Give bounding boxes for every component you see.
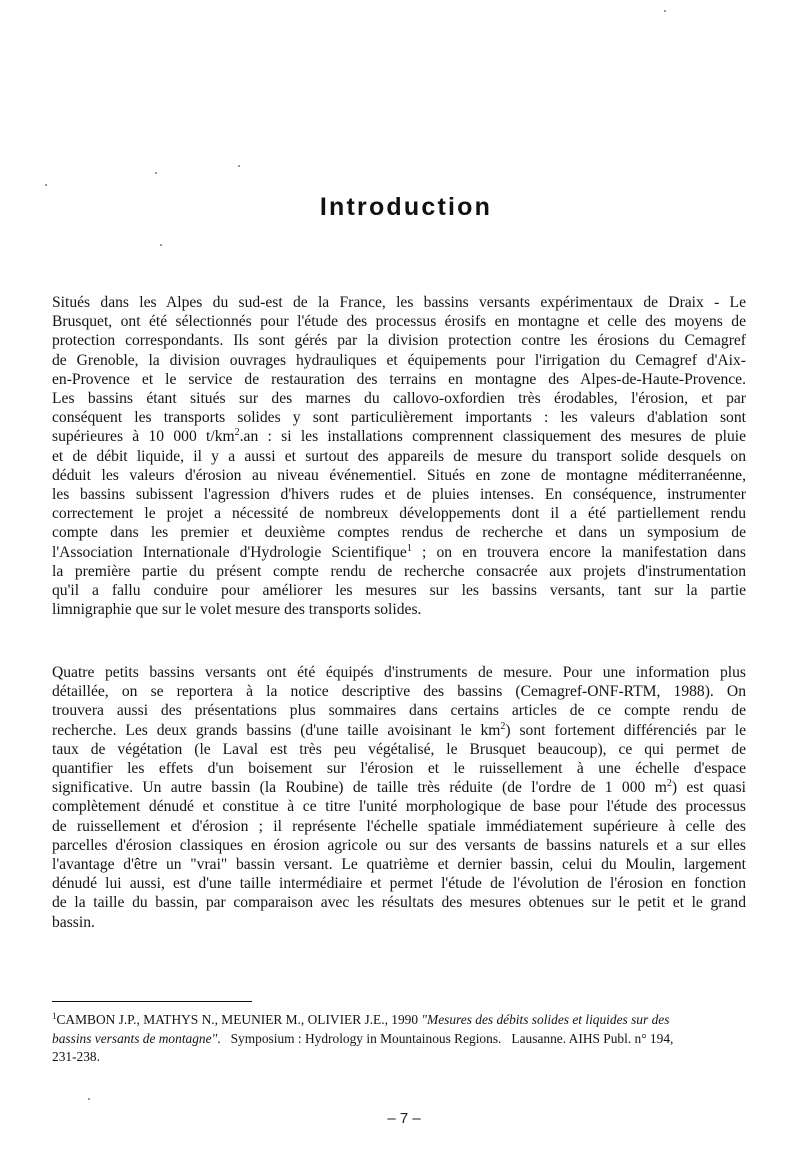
document-page: Introduction Situés dans les Alpes du su… <box>0 0 800 1165</box>
paragraph-2: Quatre petits bassins versants ont été é… <box>52 663 746 932</box>
text-line: complètement dénudé et constitue à ce ti… <box>52 797 746 816</box>
text-line: l'avantage d'être un "vrai" bassin versa… <box>52 855 746 874</box>
scan-speck <box>160 244 162 246</box>
scan-speck <box>664 10 666 12</box>
text-line: détaillée, on se reportera à la notice d… <box>52 682 746 701</box>
text-line: Brusquet, ont été sélectionnés pour l'ét… <box>52 312 746 331</box>
scan-speck <box>45 184 47 186</box>
scan-speck <box>155 172 157 174</box>
text-line: bassin. <box>52 913 746 932</box>
text-line: quantifier les effets d'un boisement sur… <box>52 759 746 778</box>
text-line: Situés dans les Alpes du sud-est de la F… <box>52 293 746 312</box>
text-line: protection correspondants. Ils sont géré… <box>52 331 746 350</box>
paragraph-1: Situés dans les Alpes du sud-est de la F… <box>52 293 746 619</box>
text-line: déduit les valeurs d'érosion au niveau é… <box>52 466 746 485</box>
text-line: conséquent les transports solides y sont… <box>52 408 746 427</box>
text-line: qu'il a fallu conduire pour améliorer le… <box>52 581 746 600</box>
text-line: de ruissellement et d'érosion ; il repré… <box>52 817 746 836</box>
text-line: parcelles d'érosion classiques en érosio… <box>52 836 746 855</box>
text-line: Quatre petits bassins versants ont été é… <box>52 663 746 682</box>
footnote-line: 1CAMBON J.P., MATHYS N., MEUNIER M., OLI… <box>52 1011 746 1030</box>
footnote-line: 231-238. <box>52 1048 746 1067</box>
text-line: la première partie du présent compte ren… <box>52 562 746 581</box>
text-line: compte dans les premier et deuxième comp… <box>52 523 746 542</box>
text-line: Les bassins étant situés sur des marnes … <box>52 389 746 408</box>
scan-speck <box>88 1098 90 1100</box>
scan-speck <box>238 165 240 167</box>
text-line: et de débit liquide, il y a aussi et sur… <box>52 447 746 466</box>
text-line: dénudé lui aussi, est d'une taille inter… <box>52 874 746 893</box>
text-line: recherche. Les deux grands bassins (d'un… <box>52 721 746 740</box>
text-line: trouvera aussi des présentations plus so… <box>52 701 746 720</box>
text-line: de Grenoble, la division ouvrages hydrau… <box>52 351 746 370</box>
text-line: l'Association Internationale d'Hydrologi… <box>52 543 746 562</box>
footnote-divider <box>52 1001 252 1002</box>
footnote-line: bassins versants de montagne". Symposium… <box>52 1030 746 1049</box>
text-line: taux de végétation (le Laval est très pe… <box>52 740 746 759</box>
text-line: en-Provence et le service de restauratio… <box>52 370 746 389</box>
page-number: – 7 – <box>0 1110 800 1127</box>
text-line: significative. Un autre bassin (la Roubi… <box>52 778 746 797</box>
text-line: supérieures à 10 000 t/km2.an : si les i… <box>52 427 746 446</box>
text-line: les bassins subissent l'agression d'hive… <box>52 485 746 504</box>
text-line: limnigraphie que sur le volet mesure des… <box>52 600 746 619</box>
text-line: de la taille du bassin, par comparaison … <box>52 893 746 912</box>
footnote: 1CAMBON J.P., MATHYS N., MEUNIER M., OLI… <box>52 1011 746 1067</box>
section-title: Introduction <box>0 193 800 222</box>
text-line: correctement le projet a nécessité de no… <box>52 504 746 523</box>
